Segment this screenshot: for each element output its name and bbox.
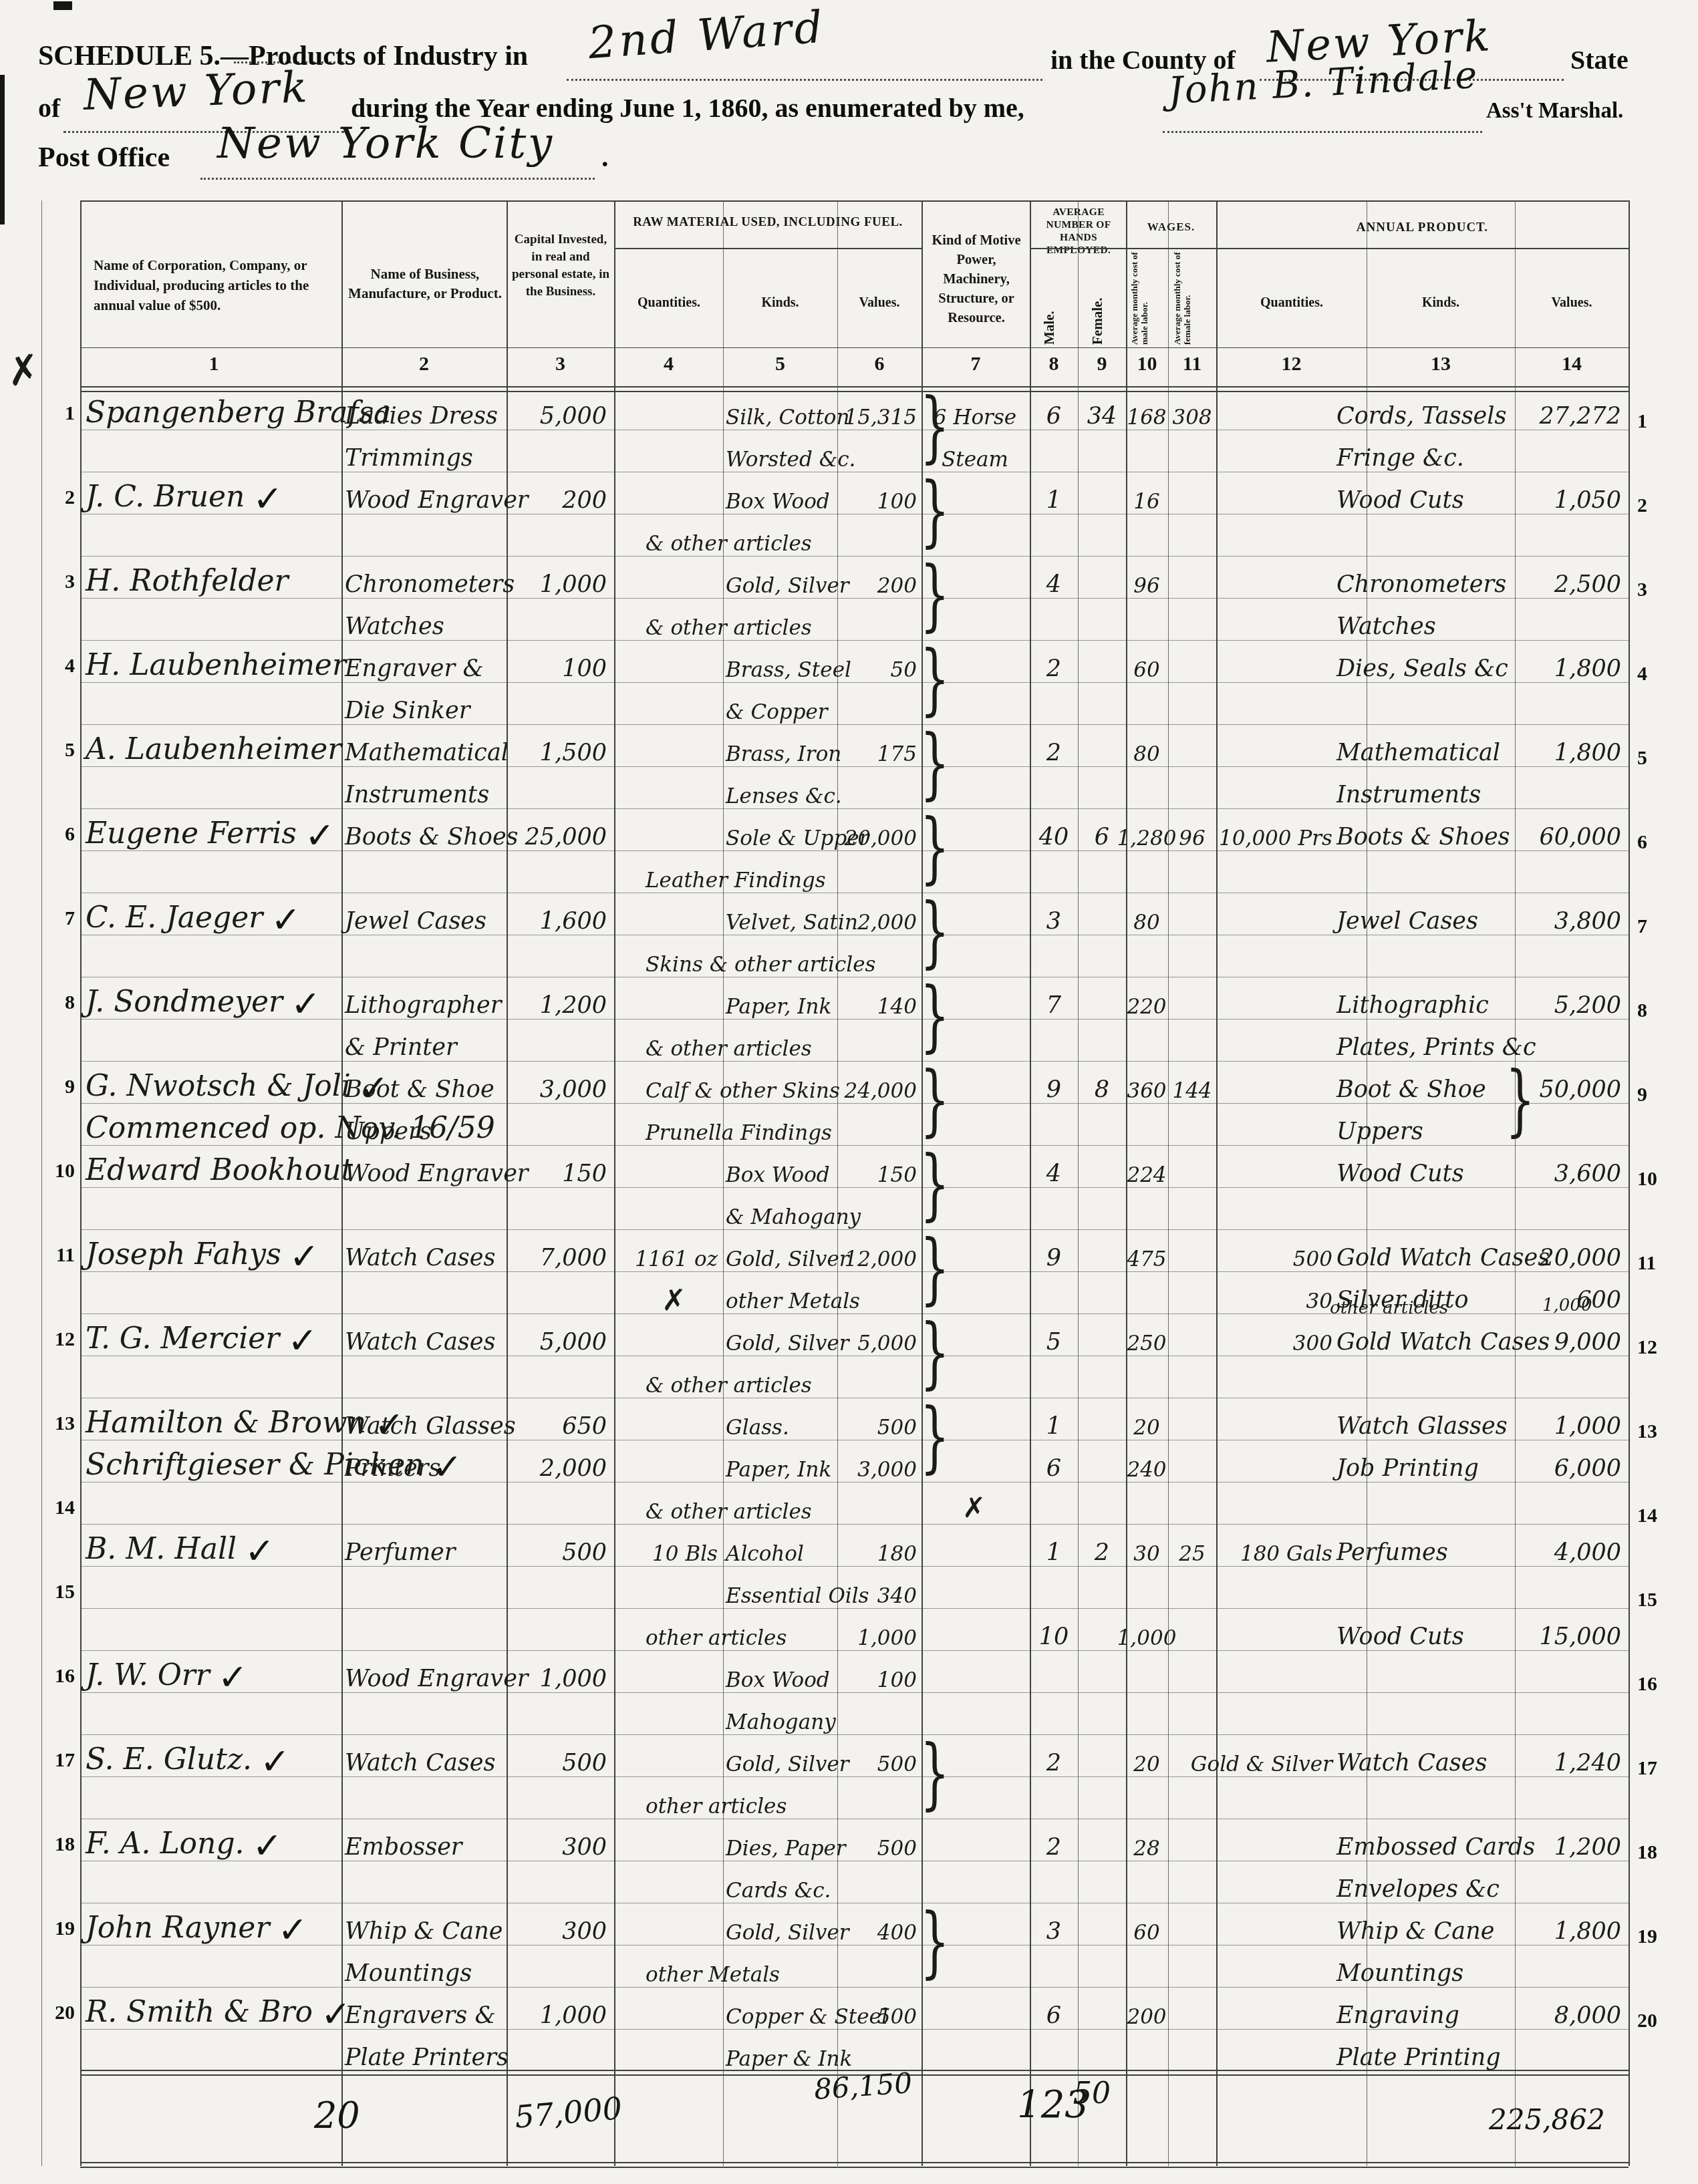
row-number-right: 1 (1637, 410, 1677, 433)
hands-male: 4 (1031, 556, 1077, 600)
raw-material-value: 2,000 (839, 893, 917, 937)
raw-material-kind: Paper & Ink (628, 2029, 1017, 2073)
business-name: Mountings (345, 1945, 504, 1989)
raw-material-kind: Alcohol (628, 1524, 1017, 1568)
raw-material-kind: Box Wood (628, 472, 1017, 516)
raw-material-kind: Prunella Findings (619, 1103, 946, 1147)
product-quantity: 10,000 Prs (1218, 808, 1332, 852)
product-value: 8,000 (1516, 1987, 1621, 2031)
row-number-right: 4 (1637, 663, 1677, 685)
product-quantity: 300 (1218, 1313, 1332, 1358)
scan-edge-artifact (0, 75, 5, 224)
row-number-right: 17 (1637, 1757, 1677, 1780)
pen-x-mark: ✗ (962, 1491, 986, 1524)
state-handwritten: New York (83, 63, 310, 120)
row-number-right: 12 (1637, 1336, 1677, 1359)
row-number-left: 9 (41, 1076, 75, 1098)
product-kind: Instruments (1336, 766, 1522, 810)
capital-invested: 1,000 (509, 1650, 607, 1694)
establishment-name: B. M. Hall✓ (86, 1524, 338, 1568)
raw-material-value: 200 (839, 556, 917, 600)
business-name: Whip & Cane (345, 1903, 504, 1947)
row-number-right: 2 (1637, 494, 1677, 517)
raw-material-brace: } (920, 469, 950, 553)
capital-invested: 5,000 (509, 387, 607, 432)
hands-male: 6 (1031, 1987, 1077, 2031)
capital-invested: 150 (509, 1145, 607, 1189)
product-kind: Embossed Cards (1336, 1819, 1522, 1863)
row-number-right: 6 (1637, 831, 1677, 854)
establishment-name: Schriftgieser & Picken✓ (86, 1440, 338, 1484)
product-value: 60,000 (1516, 808, 1621, 852)
hands-male: 2 (1031, 640, 1077, 684)
establishment-name: H. Laubenheimer (86, 640, 338, 684)
establishment-name: G. Nwotsch & Joli✓ (86, 1061, 338, 1105)
raw-material-kind: & other articles (619, 1482, 946, 1526)
product-kind: Job Printing (1336, 1440, 1522, 1484)
product-brace: } (1506, 1058, 1535, 1142)
product-kind: Lithographic (1336, 977, 1522, 1021)
raw-material-value: 1,000 (839, 1608, 917, 1652)
product-kind: Gold Watch Cases (1336, 1313, 1522, 1358)
product-kind: Wood Cuts (1336, 472, 1522, 516)
wages-male: 80 (1127, 893, 1167, 937)
product-kind: Wood Cuts (1336, 1608, 1522, 1652)
wages-male: 475 (1127, 1229, 1167, 1273)
raw-material-kind: Box Wood (628, 1650, 1017, 1694)
wages-female: 96 (1169, 808, 1215, 852)
hands-male: 1 (1031, 1524, 1077, 1568)
hands-male: 2 (1031, 1819, 1077, 1863)
establishment-name: Joseph Fahys✓ (86, 1229, 338, 1273)
raw-material-brace: } (920, 1227, 950, 1311)
row-number-left: 20 (41, 2002, 75, 2024)
business-name: Watch Cases (345, 1734, 504, 1778)
row-number-right: 9 (1637, 1084, 1677, 1106)
product-kind: Uppers (1336, 1103, 1522, 1147)
col13-number: 13 (1367, 353, 1515, 375)
wages-male: 1,280 (1127, 808, 1167, 852)
product-quantity: 500 (1218, 1229, 1332, 1273)
total-raw-values: 86,150 (813, 2066, 913, 2106)
product-kind: Engraving (1336, 1987, 1522, 2031)
product-value: 3,800 (1516, 893, 1621, 937)
hands-male: 2 (1031, 1734, 1077, 1778)
tally-check-mark: ✓ (305, 821, 335, 850)
capital-invested: 500 (509, 1734, 607, 1778)
row-number-right: 3 (1637, 579, 1677, 601)
col6-header: Values. (837, 295, 922, 311)
row-number-left: 12 (41, 1328, 75, 1351)
raw-material-brace: } (920, 1058, 950, 1142)
census-schedule-page: SCHEDULE 5.—Products of Industry in 2nd … (0, 0, 1698, 2184)
row-number-right: 5 (1637, 747, 1677, 770)
raw-material-kind: Gold, Silver (628, 1903, 1017, 1947)
business-name: Engraver & (345, 640, 504, 684)
state-word: State (1570, 44, 1629, 75)
establishment-name: J. W. Orr✓ (86, 1650, 338, 1694)
marshal-label: Ass't Marshal. (1486, 99, 1623, 124)
product-value: 20,000 (1516, 1229, 1621, 1273)
raw-material-brace: } (920, 1395, 950, 1479)
product-kind: Watch Cases (1336, 1734, 1522, 1778)
raw-material-kind: Box Wood (628, 1145, 1017, 1189)
raw-material-brace: } (920, 722, 950, 806)
product-kind: Envelopes &c (1336, 1861, 1522, 1905)
raw-material-kind: Gold, Silver (628, 556, 1017, 600)
wages-male: 28 (1127, 1819, 1167, 1863)
row-number-left: 6 (41, 823, 75, 846)
row-number-right: 7 (1637, 915, 1677, 938)
raw-material-value: 500 (839, 1398, 917, 1442)
establishment-name: J. Sondmeyer✓ (86, 977, 338, 1021)
col2-header: Name of Business, Manufacture, or Produc… (347, 265, 503, 303)
capital-invested: 200 (509, 472, 607, 516)
product-value: 1,050 (1516, 472, 1621, 516)
business-name: Perfumer (345, 1524, 504, 1568)
col13-header: Kinds. (1367, 295, 1515, 311)
row-number-left: 19 (41, 1917, 75, 1940)
col12-number: 12 (1216, 353, 1367, 375)
business-name: Die Sinker (345, 682, 504, 726)
col11-header: Average monthly cost of female labor. (1172, 249, 1192, 345)
wages-male: 20 (1127, 1734, 1167, 1778)
raw-material-kind: & Copper (628, 682, 1017, 726)
col14-header: Values. (1515, 295, 1629, 311)
tally-check-mark: ✓ (289, 1242, 319, 1271)
hands-male: 40 (1031, 808, 1077, 852)
total-product-values: 225,862 (1489, 2103, 1605, 2136)
row-number-right: 18 (1637, 1841, 1677, 1864)
establishment-name: Spangenberg Brafsa (86, 387, 338, 432)
col7-number: 7 (922, 353, 1030, 375)
business-name: Printers (345, 1440, 504, 1484)
establishment-name: H. Rothfelder (86, 556, 338, 600)
capital-invested: 300 (509, 1819, 607, 1863)
raw-material-kind: Gold, Silver (628, 1229, 1017, 1273)
raw-material-value: 500 (839, 1819, 917, 1863)
raw-material-value: 20,000 (839, 808, 917, 852)
row-number-left: 14 (41, 1497, 75, 1519)
pen-x-mark: ✗ (662, 1283, 686, 1317)
product-kind: Dies, Seals &c (1336, 640, 1522, 684)
col10-number: 10 (1126, 353, 1168, 375)
business-name: Engravers & (345, 1987, 504, 2031)
margin-x-mark: ✗ (3, 345, 43, 396)
wages-male: 1,000 (1127, 1608, 1167, 1652)
tally-check-mark: ✓ (253, 484, 283, 514)
row-number-right: 15 (1637, 1589, 1677, 1611)
hands-male: 4 (1031, 1145, 1077, 1189)
grid-line-horizontal (614, 248, 922, 249)
product-kind: Mathematical (1336, 724, 1522, 768)
product-value: 1,800 (1516, 1903, 1621, 1947)
raw-material-kind: & other articles (619, 1356, 946, 1400)
col4-number: 4 (614, 353, 723, 375)
raw-material-value: 180 (839, 1524, 917, 1568)
hands-male: 6 (1031, 387, 1077, 432)
product-kind: Boot & Shoe (1336, 1061, 1522, 1105)
establishment-name: Commenced op. Nov. 16/59 (86, 1103, 338, 1147)
raw-material-kind: Gold, Silver (628, 1313, 1017, 1358)
establishment-name: C. E. Jaeger✓ (86, 893, 338, 937)
hands-female: 2 (1079, 1524, 1125, 1568)
establishment-name: R. Smith & Bro✓ (86, 1987, 338, 2031)
establishment-name: John Rayner✓ (86, 1903, 338, 1947)
product-kind: Perfumes (1336, 1524, 1522, 1568)
establishment-name: Eugene Ferris✓ (86, 808, 338, 852)
raw-material-kind: Gold, Silver (628, 1734, 1017, 1778)
blank-line (567, 79, 1042, 81)
raw-material-value: 100 (839, 1650, 917, 1694)
capital-invested: 25,000 (509, 808, 607, 852)
hands-male: 3 (1031, 893, 1077, 937)
raw-material-kind: Paper, Ink (628, 977, 1017, 1021)
row-number-left: 5 (41, 739, 75, 762)
capital-invested: 1,500 (509, 724, 607, 768)
hands-male: 9 (1031, 1061, 1077, 1105)
business-name: Wood Engraver (345, 1145, 504, 1189)
raw-material-kind: Skins & other articles (619, 935, 946, 979)
row-number-right: 14 (1637, 1505, 1677, 1527)
raw-material-value: 24,000 (839, 1061, 917, 1105)
raw-material-brace: } (920, 890, 950, 974)
row-number-left: 16 (41, 1665, 75, 1688)
col1-header: Name of Corporation, Company, or Individ… (94, 255, 335, 315)
wages-male: 30 (1127, 1524, 1167, 1568)
product-kind: Wood Cuts (1336, 1145, 1522, 1189)
establishment-name: S. E. Glutz.✓ (86, 1734, 338, 1778)
product-kind: Boots & Shoes (1336, 808, 1522, 852)
business-name: & Printer (345, 1019, 504, 1063)
raw-material-brace: } (920, 1900, 950, 1984)
hands-male: 1 (1031, 472, 1077, 516)
col9-header: Female. (1089, 247, 1106, 345)
wages-female: 308 (1169, 387, 1215, 432)
business-name: Trimmings (345, 430, 504, 474)
ward-handwritten: 2nd Ward (587, 1, 827, 69)
raw-material-brace: } (920, 553, 950, 637)
business-name: Watches (345, 598, 504, 642)
raw-material-kind: Sole & Upper (628, 808, 1017, 852)
wages-male: 200 (1127, 1987, 1167, 2031)
capital-invested: 100 (509, 640, 607, 684)
raw-material-brace: } (920, 1311, 950, 1395)
grid-line-horizontal (80, 2167, 1629, 2168)
row-number-left: 2 (41, 486, 75, 509)
business-name: Embosser (345, 1819, 504, 1863)
row-number-right: 8 (1637, 999, 1677, 1022)
raw-material-value: 100 (839, 472, 917, 516)
grid-line-vertical (1216, 200, 1218, 2166)
establishment-name: A. Laubenheimer (86, 724, 338, 768)
col14-number: 14 (1515, 353, 1629, 375)
row-number-right: 10 (1637, 1168, 1677, 1191)
hands-female: 34 (1079, 387, 1125, 432)
row-number-left: 15 (41, 1581, 75, 1603)
capital-invested: 1,000 (509, 556, 607, 600)
wages-male: 60 (1127, 1903, 1167, 1947)
product-kind: Fringe &c. (1336, 430, 1522, 474)
tally-check-mark: ✓ (218, 1663, 248, 1692)
product-value: 2,500 (1516, 556, 1621, 600)
row-number-left: 10 (41, 1160, 75, 1183)
wages-male: 240 (1127, 1440, 1167, 1484)
wages-male: 220 (1127, 977, 1167, 1021)
wages-male: 80 (1127, 724, 1167, 768)
product-value: 1,000 (1516, 1398, 1621, 1442)
raw-material-value: 50 (839, 640, 917, 684)
row-number-right: 20 (1637, 2010, 1677, 2032)
grid-line-vertical (614, 200, 615, 2166)
grid-line-vertical (1078, 200, 1079, 2166)
product-kind: Cords, Tassels (1336, 387, 1522, 432)
product-kind: Jewel Cases (1336, 893, 1522, 937)
raw-material-kind: & Mahogany (628, 1187, 1017, 1231)
capital-invested: 1,600 (509, 893, 607, 937)
product-value: 3,600 (1516, 1145, 1621, 1189)
raw-material-value: 3,000 (839, 1440, 917, 1484)
business-name: Mathematical (345, 724, 504, 768)
raw-material-value: 340 (839, 1566, 917, 1610)
row-number-left: 3 (41, 571, 75, 593)
raw-material-kind: Copper & Steel (628, 1987, 1017, 2031)
hands-male: 2 (1031, 724, 1077, 768)
hands-male: 7 (1031, 977, 1077, 1021)
product-kind: Chronometers (1336, 556, 1522, 600)
raw-material-value: 400 (839, 1903, 917, 1947)
business-name: Boots & Shoes (345, 808, 504, 852)
product-quantity: 180 Gals (1218, 1524, 1332, 1568)
col7-header: Kind of Motive Power, Machinery, Structu… (926, 231, 1026, 328)
raw-material-kind: other articles (619, 1776, 946, 1821)
grid-line-horizontal (80, 200, 1629, 202)
col6-number: 6 (837, 353, 922, 375)
raw-material-kind: & other articles (619, 1019, 946, 1063)
business-name: Wood Engraver (345, 1650, 504, 1694)
tally-check-mark: ✓ (291, 989, 321, 1019)
grid-line-horizontal (1030, 248, 1629, 249)
hands-male: 3 (1031, 1903, 1077, 1947)
capital-invested: 7,000 (509, 1229, 607, 1273)
raw-material-kind: Cards &c. (628, 1861, 1017, 1905)
business-name: Uppers (345, 1103, 504, 1147)
col3-number: 3 (507, 353, 614, 375)
total-hands-female: 50 (1073, 2076, 1111, 2111)
total-capital: 57,000 (513, 2090, 623, 2135)
raw-material-kind: Essential Oils (628, 1566, 1017, 1610)
product-value: 5,200 (1516, 977, 1621, 1021)
wages-male: 224 (1127, 1145, 1167, 1189)
product-kind: Watches (1336, 598, 1522, 642)
post-office-label: Post Office (38, 142, 170, 174)
establishment-name: T. G. Mercier✓ (86, 1313, 338, 1358)
raw-material-kind: Brass, Steel (628, 640, 1017, 684)
col3-header: Capital Invested, in real and personal e… (511, 231, 611, 301)
hands-female: 8 (1079, 1061, 1125, 1105)
raw-material-group-header: RAW MATERIAL USED, INCLUDING FUEL. (614, 215, 922, 230)
tally-check-mark: ✓ (245, 1537, 275, 1566)
raw-material-kind: Leather Findings (619, 850, 946, 895)
row-number-left: 1 (41, 402, 75, 425)
row-number-right: 13 (1637, 1420, 1677, 1443)
product-value-sub: 1,000 (1542, 1295, 1592, 1315)
raw-material-value: 140 (839, 977, 917, 1021)
row-number-left: 8 (41, 991, 75, 1014)
col10-header: Average monthly cost of male labor. (1129, 249, 1149, 345)
wages-male: 60 (1127, 640, 1167, 684)
col4-header: Quantities. (617, 295, 720, 311)
capital-invested: 3,000 (509, 1061, 607, 1105)
raw-material-value: 500 (839, 1734, 917, 1778)
post-office-period: . (601, 142, 609, 174)
hands-male: 10 (1031, 1608, 1077, 1652)
wages-female: 144 (1169, 1061, 1215, 1105)
wages-male: 168 (1127, 387, 1167, 432)
of-label: of (38, 92, 60, 124)
product-value: 15,000 (1516, 1608, 1621, 1652)
business-name: Lithographer (345, 977, 504, 1021)
hands-male: 9 (1031, 1229, 1077, 1273)
business-name: Watch Glasses (345, 1398, 504, 1442)
product-value: 4,000 (1516, 1524, 1621, 1568)
wages-male: 360 (1127, 1061, 1167, 1105)
row-number-left: 13 (41, 1412, 75, 1435)
tally-check-mark: ✓ (271, 905, 301, 935)
product-kind: Plate Printing (1336, 2029, 1522, 2073)
product-kind: Plates, Prints &c (1336, 1019, 1522, 1063)
col8-header: Male. (1041, 247, 1058, 345)
hands-male: 5 (1031, 1313, 1077, 1358)
total-count: 20 (314, 2094, 360, 2137)
wages-male: 250 (1127, 1313, 1167, 1358)
business-name: Wood Engraver (345, 472, 504, 516)
establishment-name: F. A. Long.✓ (86, 1819, 338, 1863)
raw-material-brace: } (920, 1142, 950, 1227)
tally-check-mark: ✓ (260, 1747, 290, 1776)
col8-number: 8 (1030, 353, 1078, 375)
row-number-right: 19 (1637, 1925, 1677, 1948)
raw-material-kind: Paper, Ink (628, 1440, 1017, 1484)
capital-invested: 2,000 (509, 1440, 607, 1484)
row-number-left: 17 (41, 1749, 75, 1772)
product-quantity: 30 (1218, 1271, 1332, 1315)
product-kind: Mountings (1336, 1945, 1522, 1989)
grid-line-vertical (80, 200, 82, 2166)
capital-invested: 5,000 (509, 1313, 607, 1358)
raw-material-brace: } (920, 1732, 950, 1816)
raw-material-value: 12,000 (839, 1229, 917, 1273)
row-number-left: 11 (41, 1244, 75, 1267)
col9-number: 9 (1078, 353, 1126, 375)
raw-material-brace: } (920, 385, 950, 469)
raw-material-brace: } (920, 974, 950, 1058)
raw-material-kind: Velvet, Satin (628, 893, 1017, 937)
capital-invested: 300 (509, 1903, 607, 1947)
product-value: 6,000 (1516, 1440, 1621, 1484)
raw-material-value: 150 (839, 1145, 917, 1189)
tally-check-mark: ✓ (287, 1326, 317, 1356)
product-value: 9,000 (1516, 1313, 1621, 1358)
product-kind: Watch Glasses (1336, 1398, 1522, 1442)
raw-material-value: 15,315 (839, 387, 917, 432)
raw-material-value: 500 (839, 1987, 917, 2031)
blank-line (200, 178, 595, 180)
establishment-name: Edward Bookhout (86, 1145, 338, 1189)
establishment-name: Hamilton & Brown✓ (86, 1398, 338, 1442)
business-name: Chronometers (345, 556, 504, 600)
raw-material-kind: other Metals (628, 1271, 1017, 1315)
